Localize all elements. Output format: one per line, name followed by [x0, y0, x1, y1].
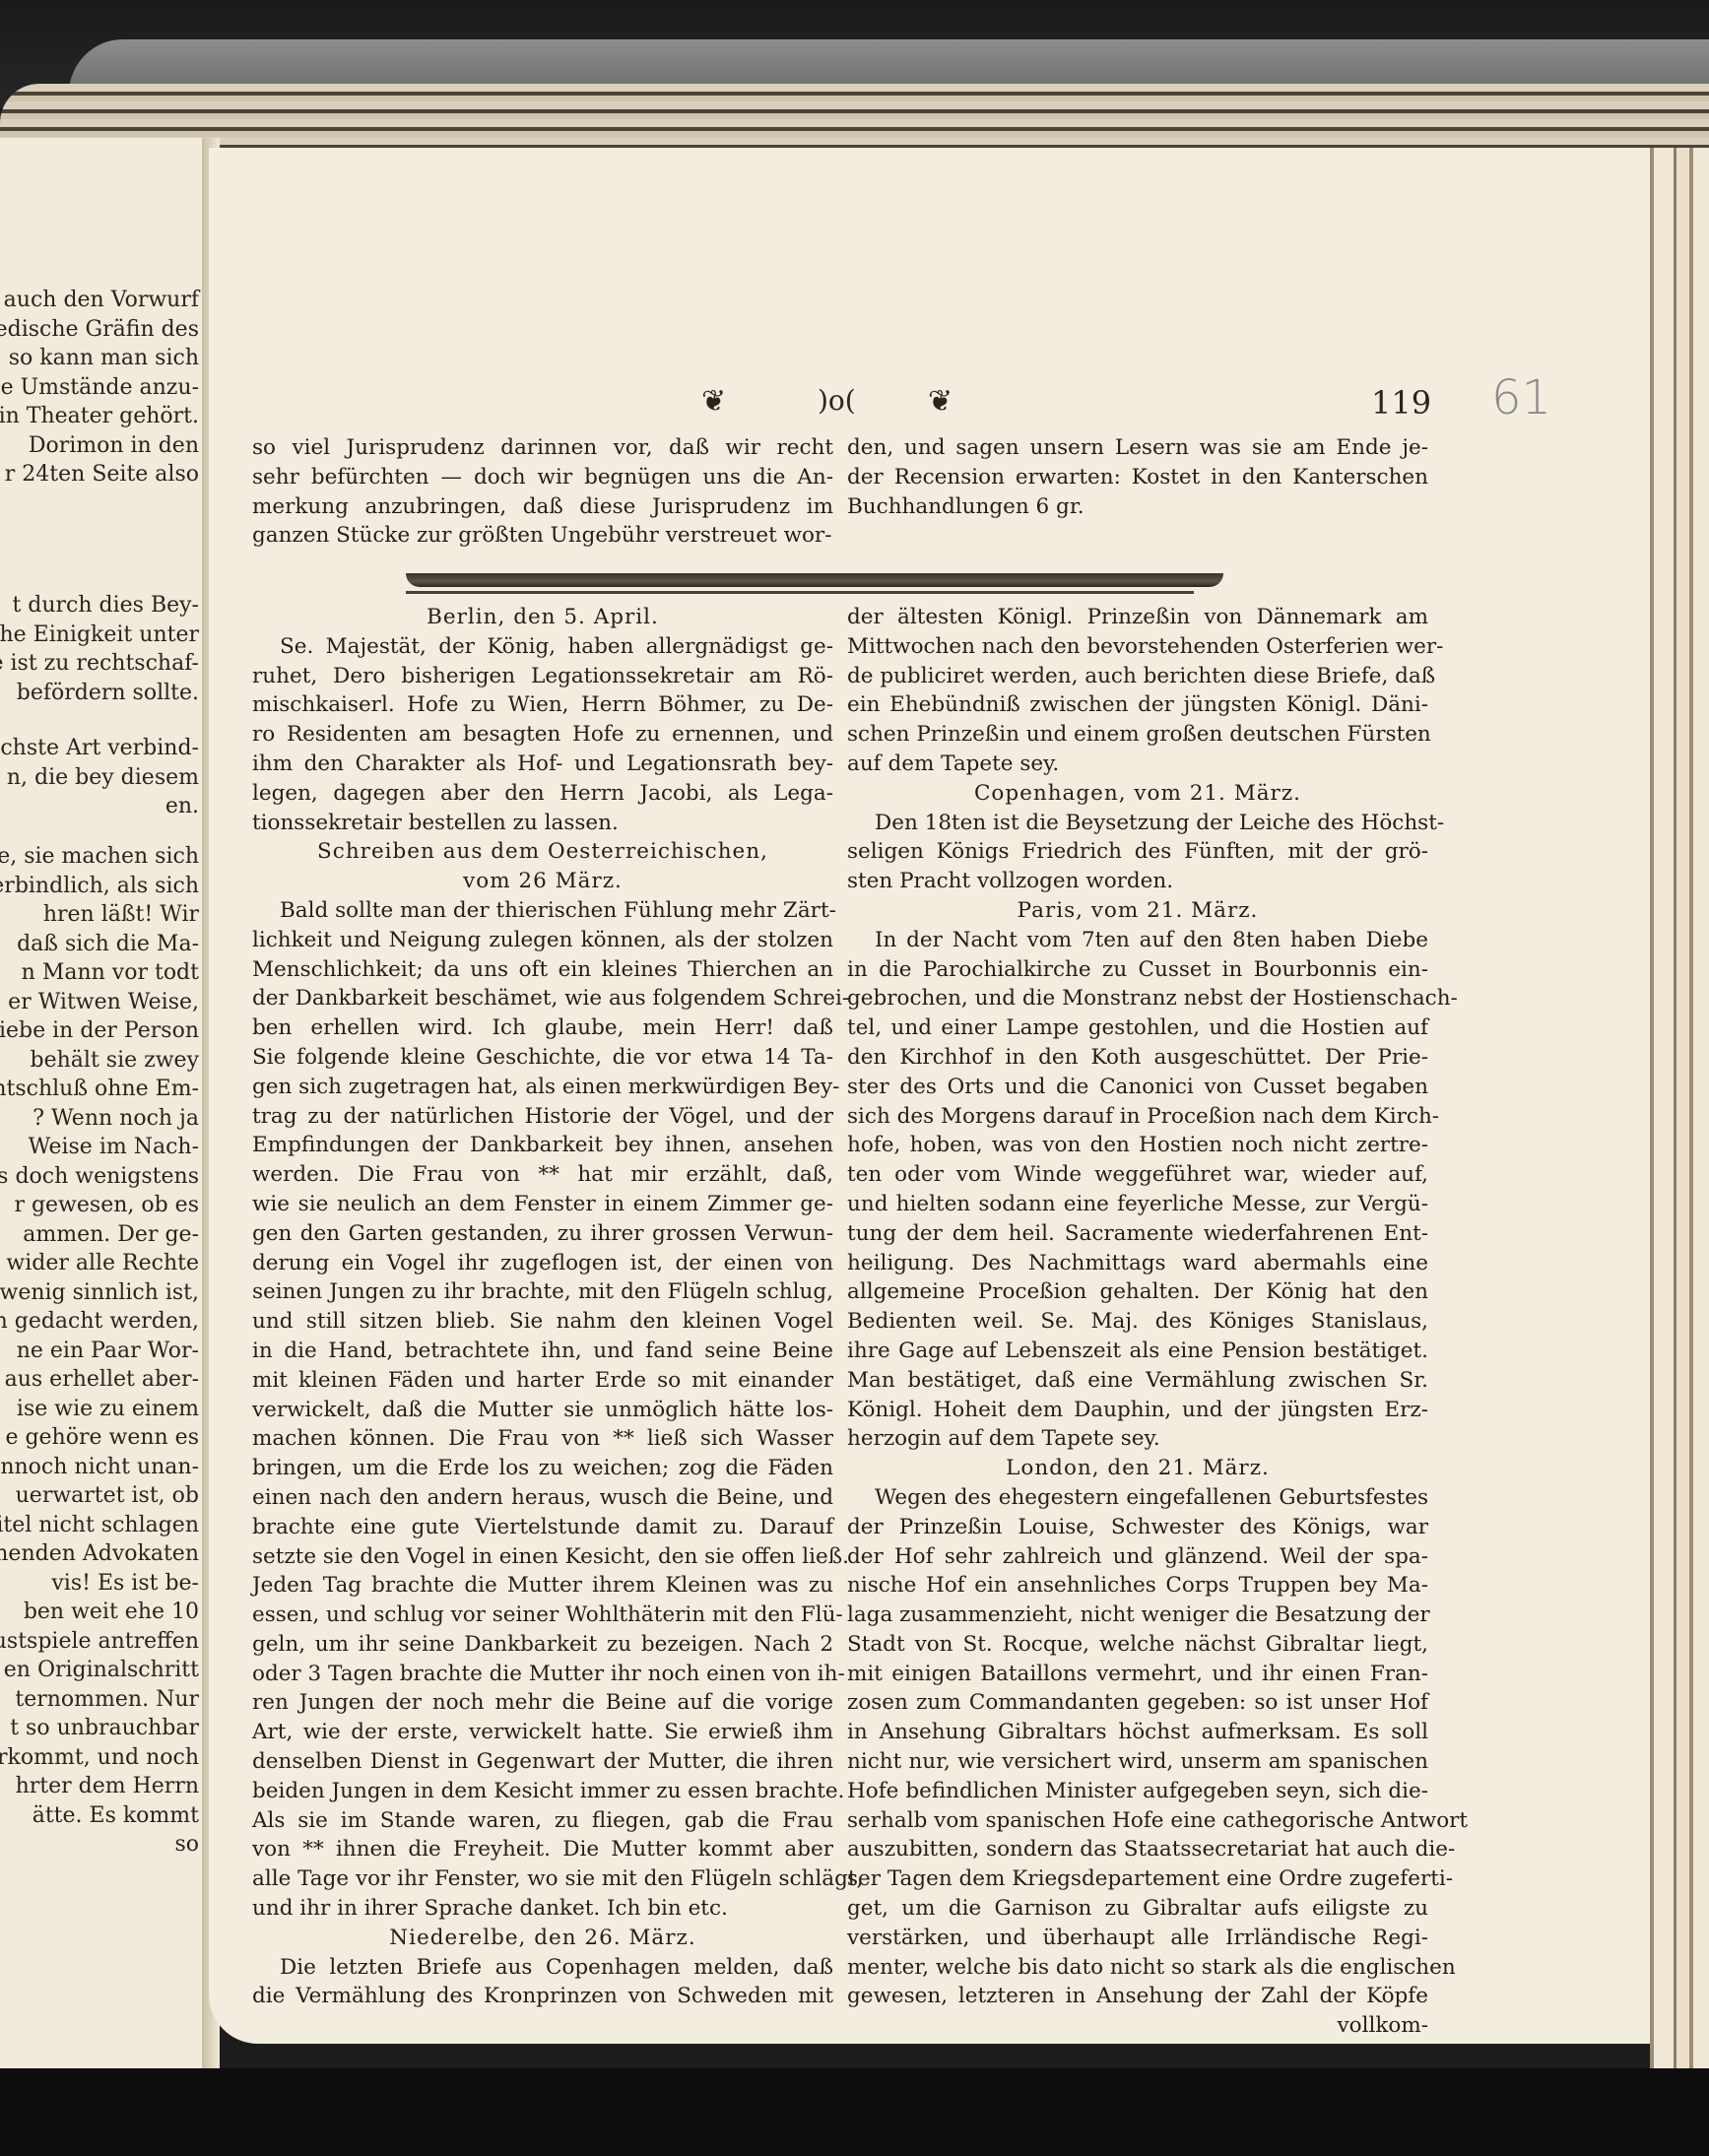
left-page-text-line: t so unbrauchbar	[0, 1714, 199, 1743]
text-line: ein Ehebündniß zwischen der jüngsten Kön…	[847, 690, 1428, 720]
left-page-text-line: ne Umstände anzu-	[0, 373, 199, 403]
text-line: machen können. Die Frau von ** ließ sich…	[252, 1424, 833, 1454]
page-stack-edges	[0, 84, 1709, 153]
left-page-text-line: ammen. Der ge-	[0, 1220, 199, 1250]
left-page-text-line: Titel nicht schlagen	[0, 1511, 199, 1540]
left-page-fragment-3: chste Art verbind-n, die bey diesemen.	[0, 734, 199, 821]
text-line: derung ein Vogel ihr zugeflogen ist, der…	[252, 1249, 833, 1278]
page-number: 119	[1371, 384, 1431, 422]
column-left-continuation: so viel Jurisprudenz darinnen vor, daß w…	[252, 433, 833, 551]
left-page-fragment-2: t durch dies Bey-he Einigkeit unterde is…	[0, 591, 199, 707]
text-line: In der Nacht vom 7ten auf den 8ten haben…	[847, 926, 1428, 955]
text-line: einen nach den andern heraus, wusch die …	[252, 1483, 833, 1513]
text-line: in Ansehung Gibraltars höchst aufmerksam…	[847, 1718, 1428, 1747]
left-page-text-line: r gewesen, ob es	[0, 1191, 199, 1220]
left-page-text-line: s doch wenigstens	[0, 1162, 199, 1192]
left-page-text-line: Entschluß ohne Em-	[0, 1075, 199, 1104]
left-page-text-line: en Originalschritt	[0, 1656, 199, 1685]
text-line: menter, welche bis dato nicht so stark a…	[847, 1953, 1428, 1983]
text-line: Bald sollte man der thierischen Fühlung …	[252, 896, 833, 926]
text-line: verstärken, und überhaupt alle Irrländis…	[847, 1924, 1428, 1953]
text-line: herzogin auf dem Tapete sey.	[847, 1424, 1428, 1454]
text-line: essen, und schlug vor seiner Wohlthäteri…	[252, 1601, 833, 1630]
text-line: Sie folgende kleine Geschichte, die vor …	[252, 1043, 833, 1073]
column-left-news: Berlin, den 5. April.Se. Majestät, der K…	[252, 603, 833, 2011]
text-line: geln, um ihr seine Dankbarkeit zu bezeig…	[252, 1630, 833, 1660]
dateline-heading: Berlin, den 5. April.	[252, 603, 833, 632]
page-fore-edge	[1650, 148, 1709, 2068]
text-line: von ** ihnen die Freyheit. Die Mutter ko…	[252, 1835, 833, 1864]
left-page-text-line: he Einigkeit unter	[0, 621, 199, 650]
left-page: auch den Vorwurfedische Gräfin desso kan…	[0, 138, 209, 2098]
text-line: und hielten sodann eine feyerliche Messe…	[847, 1190, 1428, 1219]
section-divider-thin-rule	[406, 591, 1194, 594]
text-line: nische Hof ein ansehnliches Corps Truppe…	[847, 1571, 1428, 1601]
text-line: der Prinzeßin Louise, Schwester des Köni…	[847, 1513, 1428, 1542]
left-page-text-line: n, die bey diesem	[0, 763, 199, 793]
text-line: ben erhellen wird. Ich glaube, mein Herr…	[252, 1013, 833, 1043]
left-page-text-line: Weise im Nach-	[0, 1133, 199, 1162]
text-line: heiligung. Des Nachmittags ward abermahl…	[847, 1249, 1428, 1278]
text-line: de publiciret werden, auch berichten die…	[847, 662, 1428, 691]
text-line: den Kirchhof in den Koth ausgeschüttet. …	[847, 1043, 1428, 1073]
dateline-heading: vom 26 März.	[252, 867, 833, 896]
text-line: allgemeine Proceßion gehalten. Der König…	[847, 1277, 1428, 1307]
text-line: Se. Majestät, der König, haben allergnäd…	[252, 632, 833, 662]
dateline-heading: Niederelbe, den 26. März.	[252, 1924, 833, 1953]
shell-ornament-icon: ❦	[701, 384, 726, 419]
text-line: den, und sagen unsern Lesern was sie am …	[847, 433, 1428, 463]
text-line: der Dankbarkeit beschämet, wie aus folge…	[252, 984, 833, 1013]
left-page-text-line: de ist zu rechtschaf-	[0, 649, 199, 679]
text-line: bringen, um die Erde los zu weichen; zog…	[252, 1454, 833, 1483]
text-line: gewesen, letzteren in Ansehung der Zahl …	[847, 1982, 1428, 2011]
text-line: gen den Garten gestanden, zu ihrer gross…	[252, 1219, 833, 1249]
right-page: ❦ )o( ❦ 119 61 so viel Jurisprudenz dari…	[209, 148, 1662, 2044]
left-page-text-line: Dorimon in den	[0, 431, 199, 461]
text-line: ster des Orts und die Canonici von Cusse…	[847, 1073, 1428, 1102]
text-line: so viel Jurisprudenz darinnen vor, daß w…	[252, 433, 833, 463]
left-page-text-line: nenden Advokaten	[0, 1539, 199, 1569]
text-line: Menschlichkeit; da uns oft ein kleines T…	[252, 955, 833, 985]
text-line: Man bestätiget, daß eine Vermählung zwis…	[847, 1366, 1428, 1396]
left-page-text-line: ustspiele antreffen	[0, 1627, 199, 1657]
left-page-text-line: hrter dem Herrn	[0, 1772, 199, 1801]
text-line: ten oder vom Winde weggeführet war, wied…	[847, 1160, 1428, 1190]
text-line: beiden Jungen in dem Kesicht immer zu es…	[252, 1777, 833, 1806]
text-line: der Recension erwarten: Kostet in den Ka…	[847, 463, 1428, 492]
text-line: denselben Dienst in Gegenwart der Mutter…	[252, 1747, 833, 1777]
left-page-text-line: behält sie zwey	[0, 1046, 199, 1076]
text-line: Hofe befindlichen Minister aufgegeben se…	[847, 1777, 1428, 1806]
left-page-text-line: ternommen. Nur	[0, 1685, 199, 1715]
left-page-text-line: ben weit ehe 10	[0, 1598, 199, 1627]
text-line: trag zu der natürlichen Historie der Vög…	[252, 1102, 833, 1132]
scan-background-bottom	[0, 2068, 1709, 2156]
left-page-text-line: ätte. Es kommt	[0, 1801, 199, 1831]
text-line: in die Hand, betrachtete ihn, und fand s…	[252, 1337, 833, 1366]
left-page-text-line: n Mann vor todt	[0, 958, 199, 988]
text-line: seligen Königs Friedrich des Fünften, mi…	[847, 837, 1428, 867]
text-line: der Hof sehr zahlreich und glänzend. Wei…	[847, 1542, 1428, 1572]
dateline-heading: London, den 21. März.	[847, 1454, 1428, 1483]
text-line: setzte sie den Vogel in einen Kesicht, d…	[252, 1542, 833, 1572]
page-header: ❦ )o( ❦ 119 61	[209, 384, 1662, 433]
text-line: get, um die Garnison zu Gibraltar aufs e…	[847, 1894, 1428, 1924]
text-line: die Vermählung des Kronprinzen von Schwe…	[252, 1982, 833, 2011]
text-line: ihm den Charakter als Hof- und Legations…	[252, 750, 833, 779]
left-page-text-line: hren läßt! Wir	[0, 900, 199, 930]
text-line: sich des Morgens darauf in Proceßion nac…	[847, 1102, 1428, 1132]
dateline-heading: Schreiben aus dem Oesterreichischen,	[252, 837, 833, 867]
left-page-text-line: aus erhellet aber-	[0, 1365, 199, 1395]
text-line: Den 18ten ist die Beysetzung der Leiche …	[847, 809, 1428, 838]
text-line: auszubitten, sondern das Staatssecretari…	[847, 1835, 1428, 1864]
text-line: ser Tagen dem Kriegsdepartement eine Ord…	[847, 1864, 1428, 1894]
dateline-heading: Paris, vom 21. März.	[847, 896, 1428, 926]
left-page-text-line: er Witwen Weise,	[0, 988, 199, 1017]
left-page-fragment-4: e, sie machen sicherbindlich, als sichhr…	[0, 842, 199, 1860]
left-page-text-line: rkommt, und noch	[0, 1743, 199, 1773]
left-page-text-line: wider alle Rechte	[0, 1249, 199, 1278]
text-line: Königl. Hoheit dem Dauphin, und der jüng…	[847, 1396, 1428, 1425]
text-line: ihre Gage auf Lebenszeit als eine Pensio…	[847, 1337, 1428, 1366]
left-page-text-line: en.	[0, 792, 199, 821]
text-line: Als sie im Stande waren, zu fliegen, gab…	[252, 1806, 833, 1836]
text-line: tung der dem heil. Sacramente wiederfahr…	[847, 1219, 1428, 1249]
text-line: und ihr in ihrer Sprache danket. Ich bin…	[252, 1894, 833, 1924]
text-line: sten Pracht vollzogen worden.	[847, 867, 1428, 896]
text-line: werden. Die Frau von ** hat mir erzählt,…	[252, 1160, 833, 1190]
text-line: der ältesten Königl. Prinzeßin von Dänne…	[847, 603, 1428, 632]
text-line: in die Parochialkirche zu Cusset in Bour…	[847, 955, 1428, 985]
left-page-text-line: auch den Vorwurf	[0, 286, 199, 315]
text-line: Bedienten weil. Se. Maj. des Königes Sta…	[847, 1307, 1428, 1337]
column-right-news: der ältesten Königl. Prinzeßin von Dänne…	[847, 603, 1428, 2041]
left-page-text-line: t durch dies Bey-	[0, 591, 199, 621]
text-line: seinen Jungen zu ihr brachte, mit den Fl…	[252, 1277, 833, 1307]
left-page-text-line: wenig sinnlich ist,	[0, 1278, 199, 1308]
left-page-text-line: daß sich die Ma-	[0, 930, 199, 959]
archive-pencil-number: 61	[1491, 370, 1551, 425]
text-line: gen sich zugetragen hat, als einen merkw…	[252, 1073, 833, 1102]
text-line: hofe, hoben, was von den Hostien noch ni…	[847, 1131, 1428, 1160]
left-page-text-line: vis! Es ist be-	[0, 1569, 199, 1599]
left-page-text-line: nnoch nicht unan-	[0, 1453, 199, 1482]
text-line: legen, dagegen aber den Herrn Jacobi, al…	[252, 779, 833, 809]
text-line: mit kleinen Fäden und harter Erde so mit…	[252, 1366, 833, 1396]
left-page-text-line: so	[0, 1830, 199, 1860]
left-page-text-line: ? Wenn noch ja	[0, 1104, 199, 1134]
text-line: nicht nur, wie versichert wird, unserm a…	[847, 1747, 1428, 1777]
text-line: merkung anzubringen, daß diese Jurisprud…	[252, 492, 833, 522]
left-page-text-line: chste Art verbind-	[0, 734, 199, 763]
left-page-text-line: e gehöre wenn es	[0, 1423, 199, 1453]
section-divider-rule	[406, 573, 1223, 587]
text-line: und still sitzen blieb. Sie nahm den kle…	[252, 1307, 833, 1337]
text-line: laga zusammenzieht, nicht weniger die Be…	[847, 1601, 1428, 1630]
text-line: oder 3 Tagen brachte die Mutter ihr noch…	[252, 1660, 833, 1689]
text-line: schen Prinzeßin und einem großen deutsch…	[847, 720, 1428, 750]
text-line: zosen zum Commandanten gegeben: so ist u…	[847, 1688, 1428, 1718]
left-page-text-line: r 24ten Seite also	[0, 460, 199, 490]
text-line: mit einigen Bataillons vermehrt, und ihr…	[847, 1660, 1428, 1689]
left-page-text-line: befördern sollte.	[0, 679, 199, 708]
text-line: wie sie neulich an dem Fenster in einem …	[252, 1190, 833, 1219]
text-line: verwickelt, daß die Mutter sie unmöglich…	[252, 1396, 833, 1425]
text-line: mischkaiserl. Hofe zu Wien, Herrn Böhmer…	[252, 690, 833, 720]
left-page-text-line: erbindlich, als sich	[0, 872, 199, 901]
text-line: sehr befürchten — doch wir begnügen uns …	[252, 463, 833, 492]
text-line: Die letzten Briefe aus Copenhagen melden…	[252, 1953, 833, 1983]
text-line: lichkeit und Neigung zulegen können, als…	[252, 926, 833, 955]
text-line: alle Tage vor ihr Fenster, wo sie mit de…	[252, 1864, 833, 1894]
text-line: Stadt von St. Rocque, welche nächst Gibr…	[847, 1630, 1428, 1660]
shell-ornament-icon: ❦	[928, 384, 953, 419]
text-line: Mittwochen nach den bevorstehenden Oster…	[847, 632, 1428, 662]
text-line: ren Jungen der noch mehr die Beine auf d…	[252, 1688, 833, 1718]
text-line: vollkom-	[847, 2011, 1428, 2041]
left-page-fragment-1: auch den Vorwurfedische Gräfin desso kan…	[0, 286, 199, 490]
left-page-text-line: edische Gräfin des	[0, 315, 199, 345]
text-line: Empfindungen der Dankbarkeit bey ihnen, …	[252, 1131, 833, 1160]
text-line: auf dem Tapete sey.	[847, 750, 1428, 779]
left-page-text-line: e, sie machen sich	[0, 842, 199, 872]
column-right-continuation: den, und sagen unsern Lesern was sie am …	[847, 433, 1428, 521]
text-line: Wegen des ehegestern eingefallenen Gebur…	[847, 1483, 1428, 1513]
header-ornament-divider: )o(	[818, 384, 856, 417]
left-page-text-line: so kann man sich	[0, 344, 199, 373]
dateline-heading: Copenhagen, vom 21. März.	[847, 779, 1428, 809]
text-line: Jeden Tag brachte die Mutter ihrem Klein…	[252, 1571, 833, 1601]
text-line: ganzen Stücke zur größten Ungebühr verst…	[252, 521, 833, 551]
text-line: tel, und einer Lampe gestohlen, und die …	[847, 1013, 1428, 1043]
left-page-text-line: in Theater gehört.	[0, 402, 199, 431]
left-page-text-line: iebe in der Person	[0, 1016, 199, 1046]
left-page-text-line: n gedacht werden,	[0, 1307, 199, 1337]
text-line: serhalb vom spanischen Hofe eine cathego…	[847, 1806, 1428, 1836]
left-page-text-line: uerwartet ist, ob	[0, 1481, 199, 1511]
left-page-text-line: ise wie zu einem	[0, 1395, 199, 1424]
text-line: Buchhandlungen 6 gr.	[847, 492, 1428, 522]
text-line: ruhet, Dero bisherigen Legationssekretai…	[252, 662, 833, 691]
text-line: ro Residenten am besagten Hofe zu ernenn…	[252, 720, 833, 750]
text-line: Art, wie der erste, verwickelt hatte. Si…	[252, 1718, 833, 1747]
text-line: tionssekretair bestellen zu lassen.	[252, 809, 833, 838]
left-page-text-line: ne ein Paar Wor-	[0, 1337, 199, 1366]
text-line: brachte eine gute Viertelstunde damit zu…	[252, 1513, 833, 1542]
text-line: gebrochen, und die Monstranz nebst der H…	[847, 984, 1428, 1013]
